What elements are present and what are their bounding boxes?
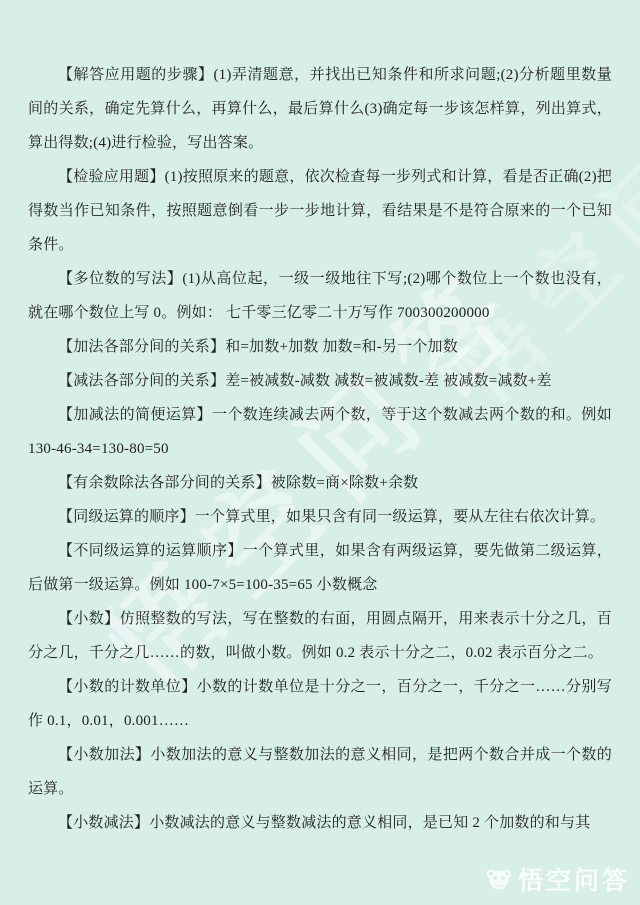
paragraph: 【加减法的简便运算】一个数连续减去两个数，等于这个数减去两个数的和。例如 130…: [28, 398, 612, 466]
paragraph: 【减法各部分间的关系】差=被减数-减数 减数=被减数-差 被减数=减数+差: [28, 364, 612, 398]
paragraph: 【不同级运算的运算顺序】一个算式里，如果含有两级运算，要先做第二级运算，后做第一…: [28, 534, 612, 602]
paragraph: 【小数加法】小数加法的意义与整数加法的意义相同，是把两个数合并成一个数的运算。: [28, 738, 612, 806]
wukong-monkey-icon: [485, 865, 513, 893]
paragraph: 【小数减法】小数减法的意义与整数减法的意义相同，是已知 2 个加数的和与其: [28, 806, 612, 840]
document-body: 【解答应用题的步骤】(1)弄清题意，并找出已知条件和所求问题;(2)分析题里数量…: [0, 0, 640, 840]
brand-watermark-label: 悟空问答: [518, 861, 630, 897]
paragraph: 【检验应用题】(1)按照原来的题意，依次检查每一步列式和计算，看是否正确(2)把…: [28, 160, 612, 262]
paragraph: 【加法各部分间的关系】和=加数+加数 加数=和-另一个加数: [28, 330, 612, 364]
paragraph: 【有余数除法各部分间的关系】被除数=商×除数+余数: [28, 466, 612, 500]
document-page: 悟空问答 悟空问答 【解答应用题的步骤】(1)弄清题意，并找出已知条件和所求问题…: [0, 0, 640, 905]
paragraph: 【同级运算的顺序】一个算式里，如果只含有同一级运算，要从左往右依次计算。: [28, 500, 612, 534]
paragraph: 【多位数的写法】(1)从高位起，一级一级地往下写;(2)哪个数位上一个数也没有，…: [28, 262, 612, 330]
paragraph: 【小数的计数单位】小数的计数单位是十分之一，百分之一，千分之一……分别写作 0.…: [28, 670, 612, 738]
paragraph: 【小数】仿照整数的写法，写在整数的右面，用圆点隔开，用来表示十分之几，百分之几，…: [28, 602, 612, 670]
brand-watermark: 悟空问答: [485, 861, 630, 897]
paragraph: 【解答应用题的步骤】(1)弄清题意，并找出已知条件和所求问题;(2)分析题里数量…: [28, 58, 612, 160]
